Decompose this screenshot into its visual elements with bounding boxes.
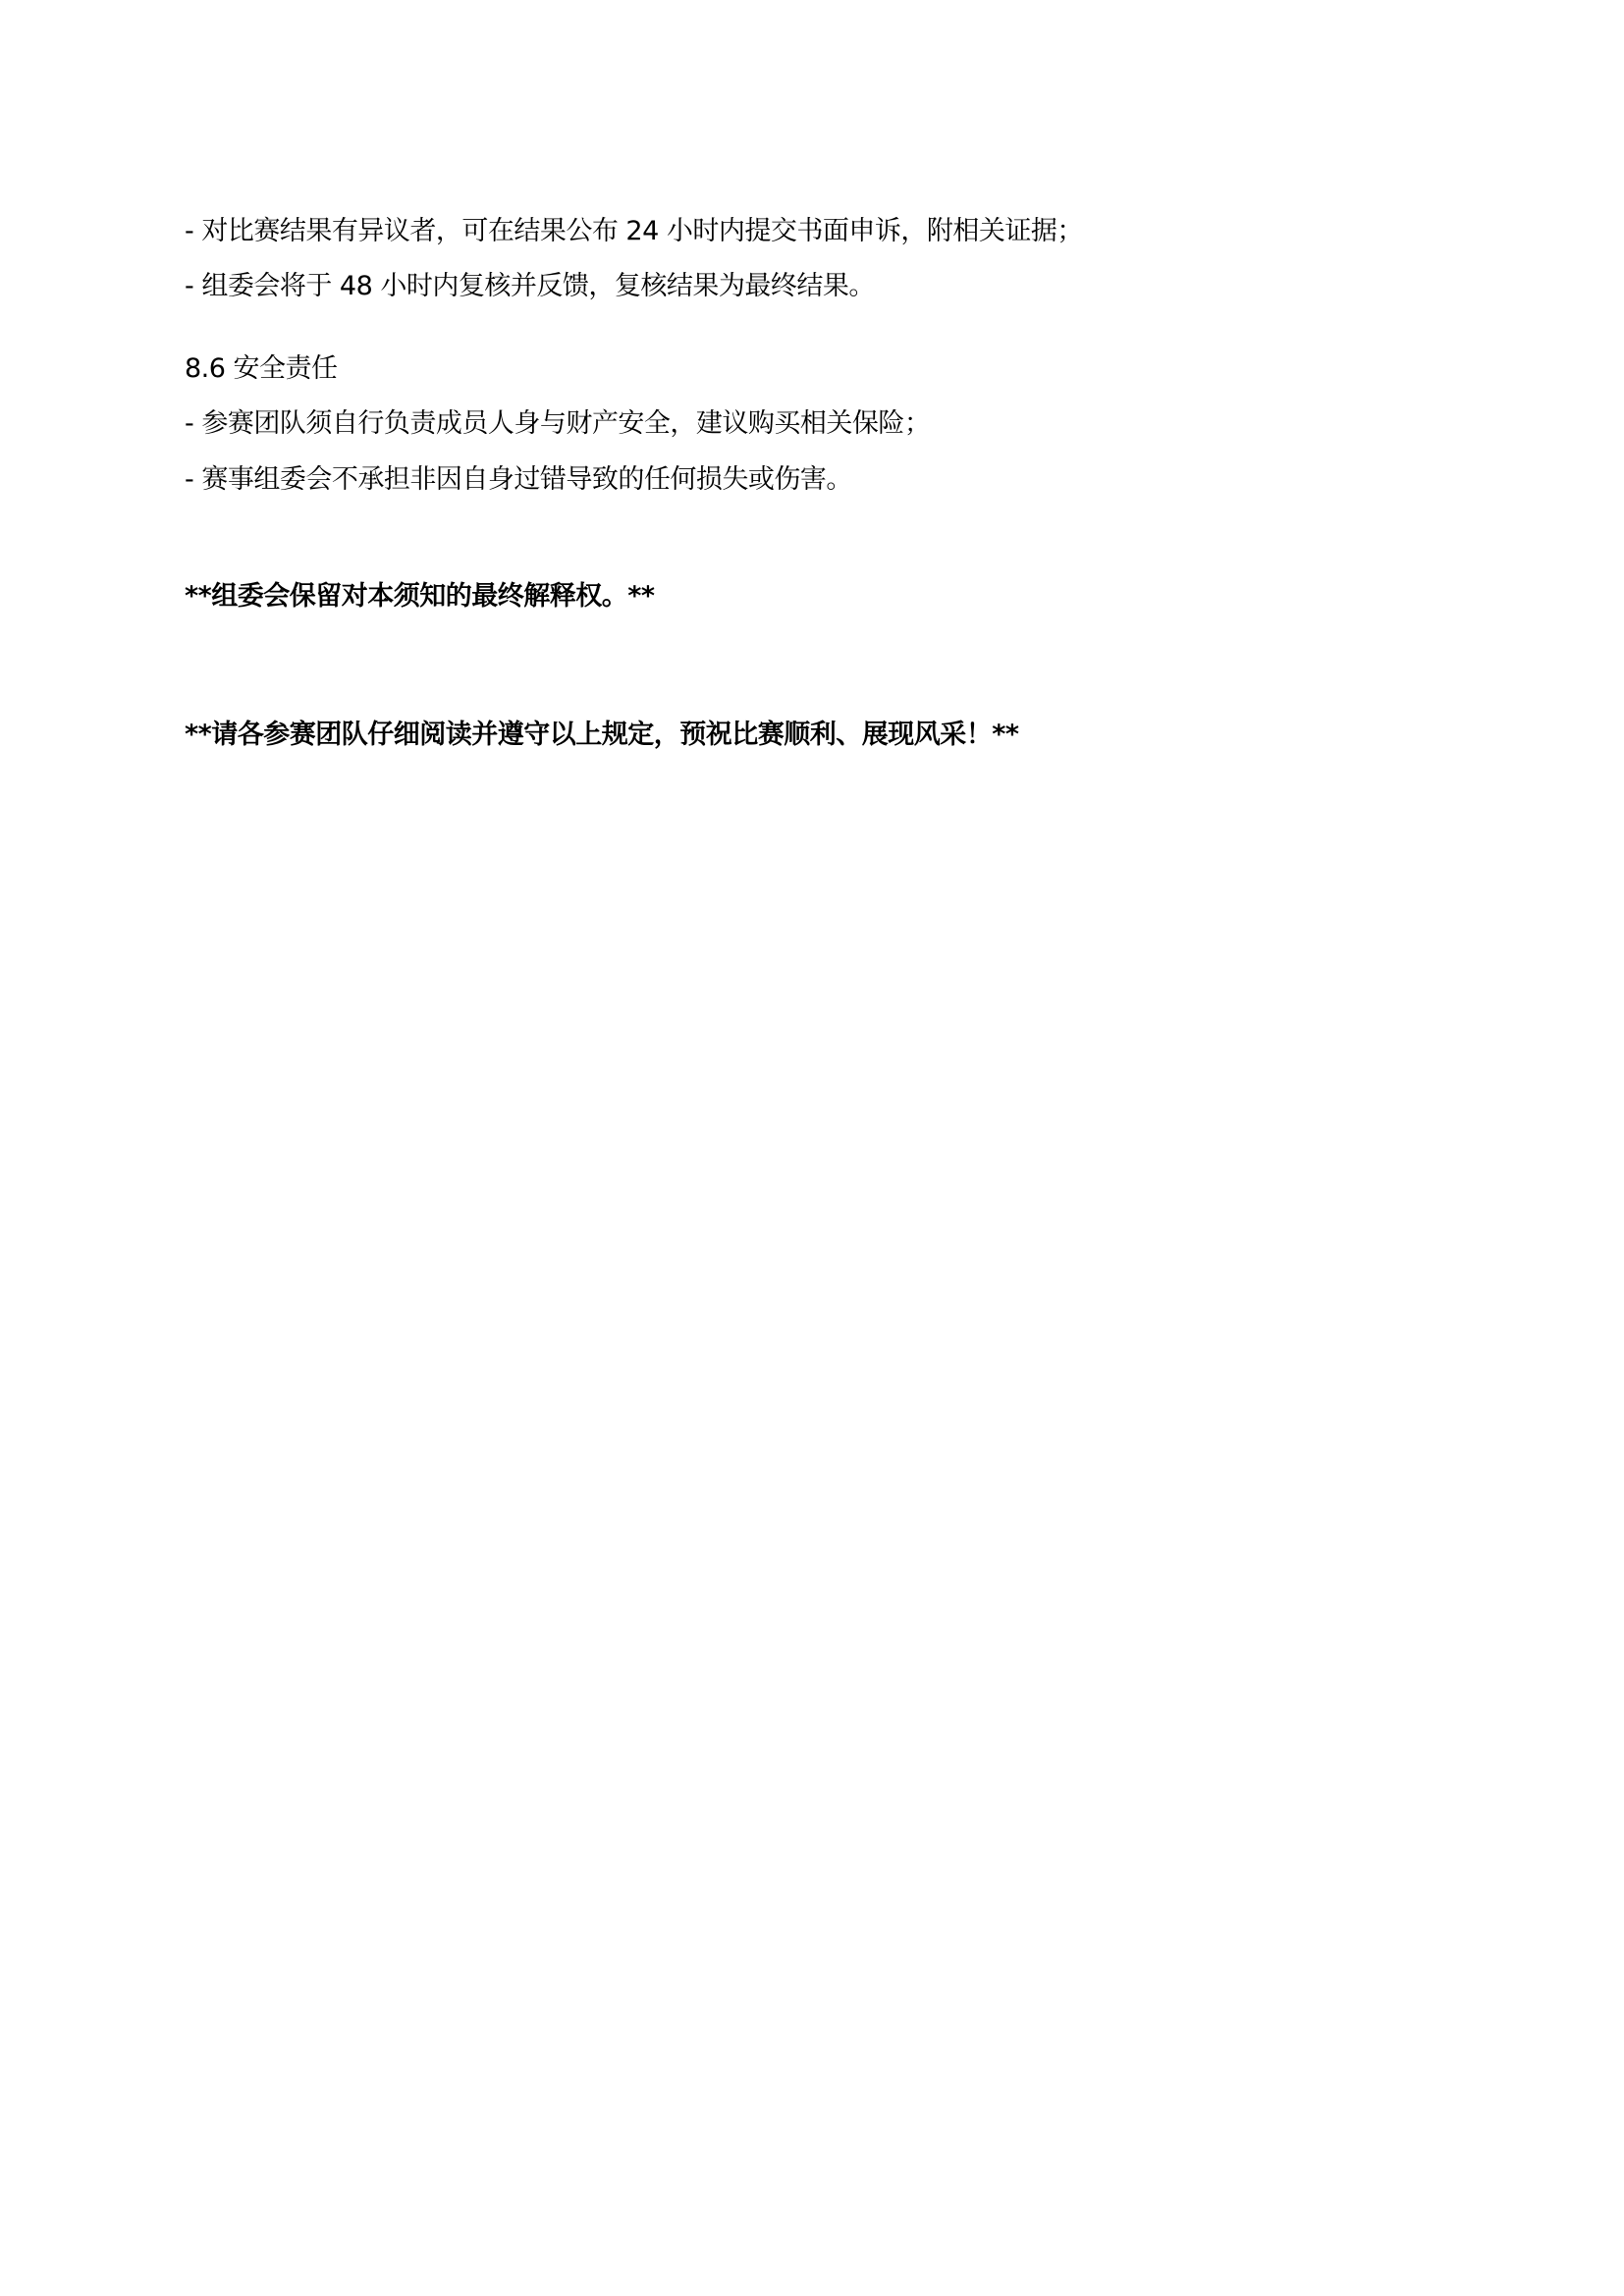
- final-interpretation-note: **组委会保留对本须知的最终解释权。**: [185, 579, 654, 614]
- appeal-item-review: - 组委会将于 48 小时内复核并反馈，复核结果为最终结果。: [185, 269, 875, 304]
- safety-item-insurance: - 参赛团队须自行负责成员人身与财产安全，建议购买相关保险；: [185, 406, 930, 442]
- safety-item-liability: - 赛事组委会不承担非因自身过错导致的任何损失或伤害。: [185, 462, 852, 498]
- closing-wish-note: **请各参赛团队仔细阅读并遵守以上规定，预祝比赛顺利、展现风采！**: [185, 718, 1018, 753]
- section-heading-safety: 8.6 安全责任: [185, 351, 338, 387]
- document-page: - 对比赛结果有异议者，可在结果公布 24 小时内提交书面申诉，附相关证据； -…: [0, 0, 1624, 2296]
- appeal-item-submit: - 对比赛结果有异议者，可在结果公布 24 小时内提交书面申诉，附相关证据；: [185, 214, 1083, 249]
